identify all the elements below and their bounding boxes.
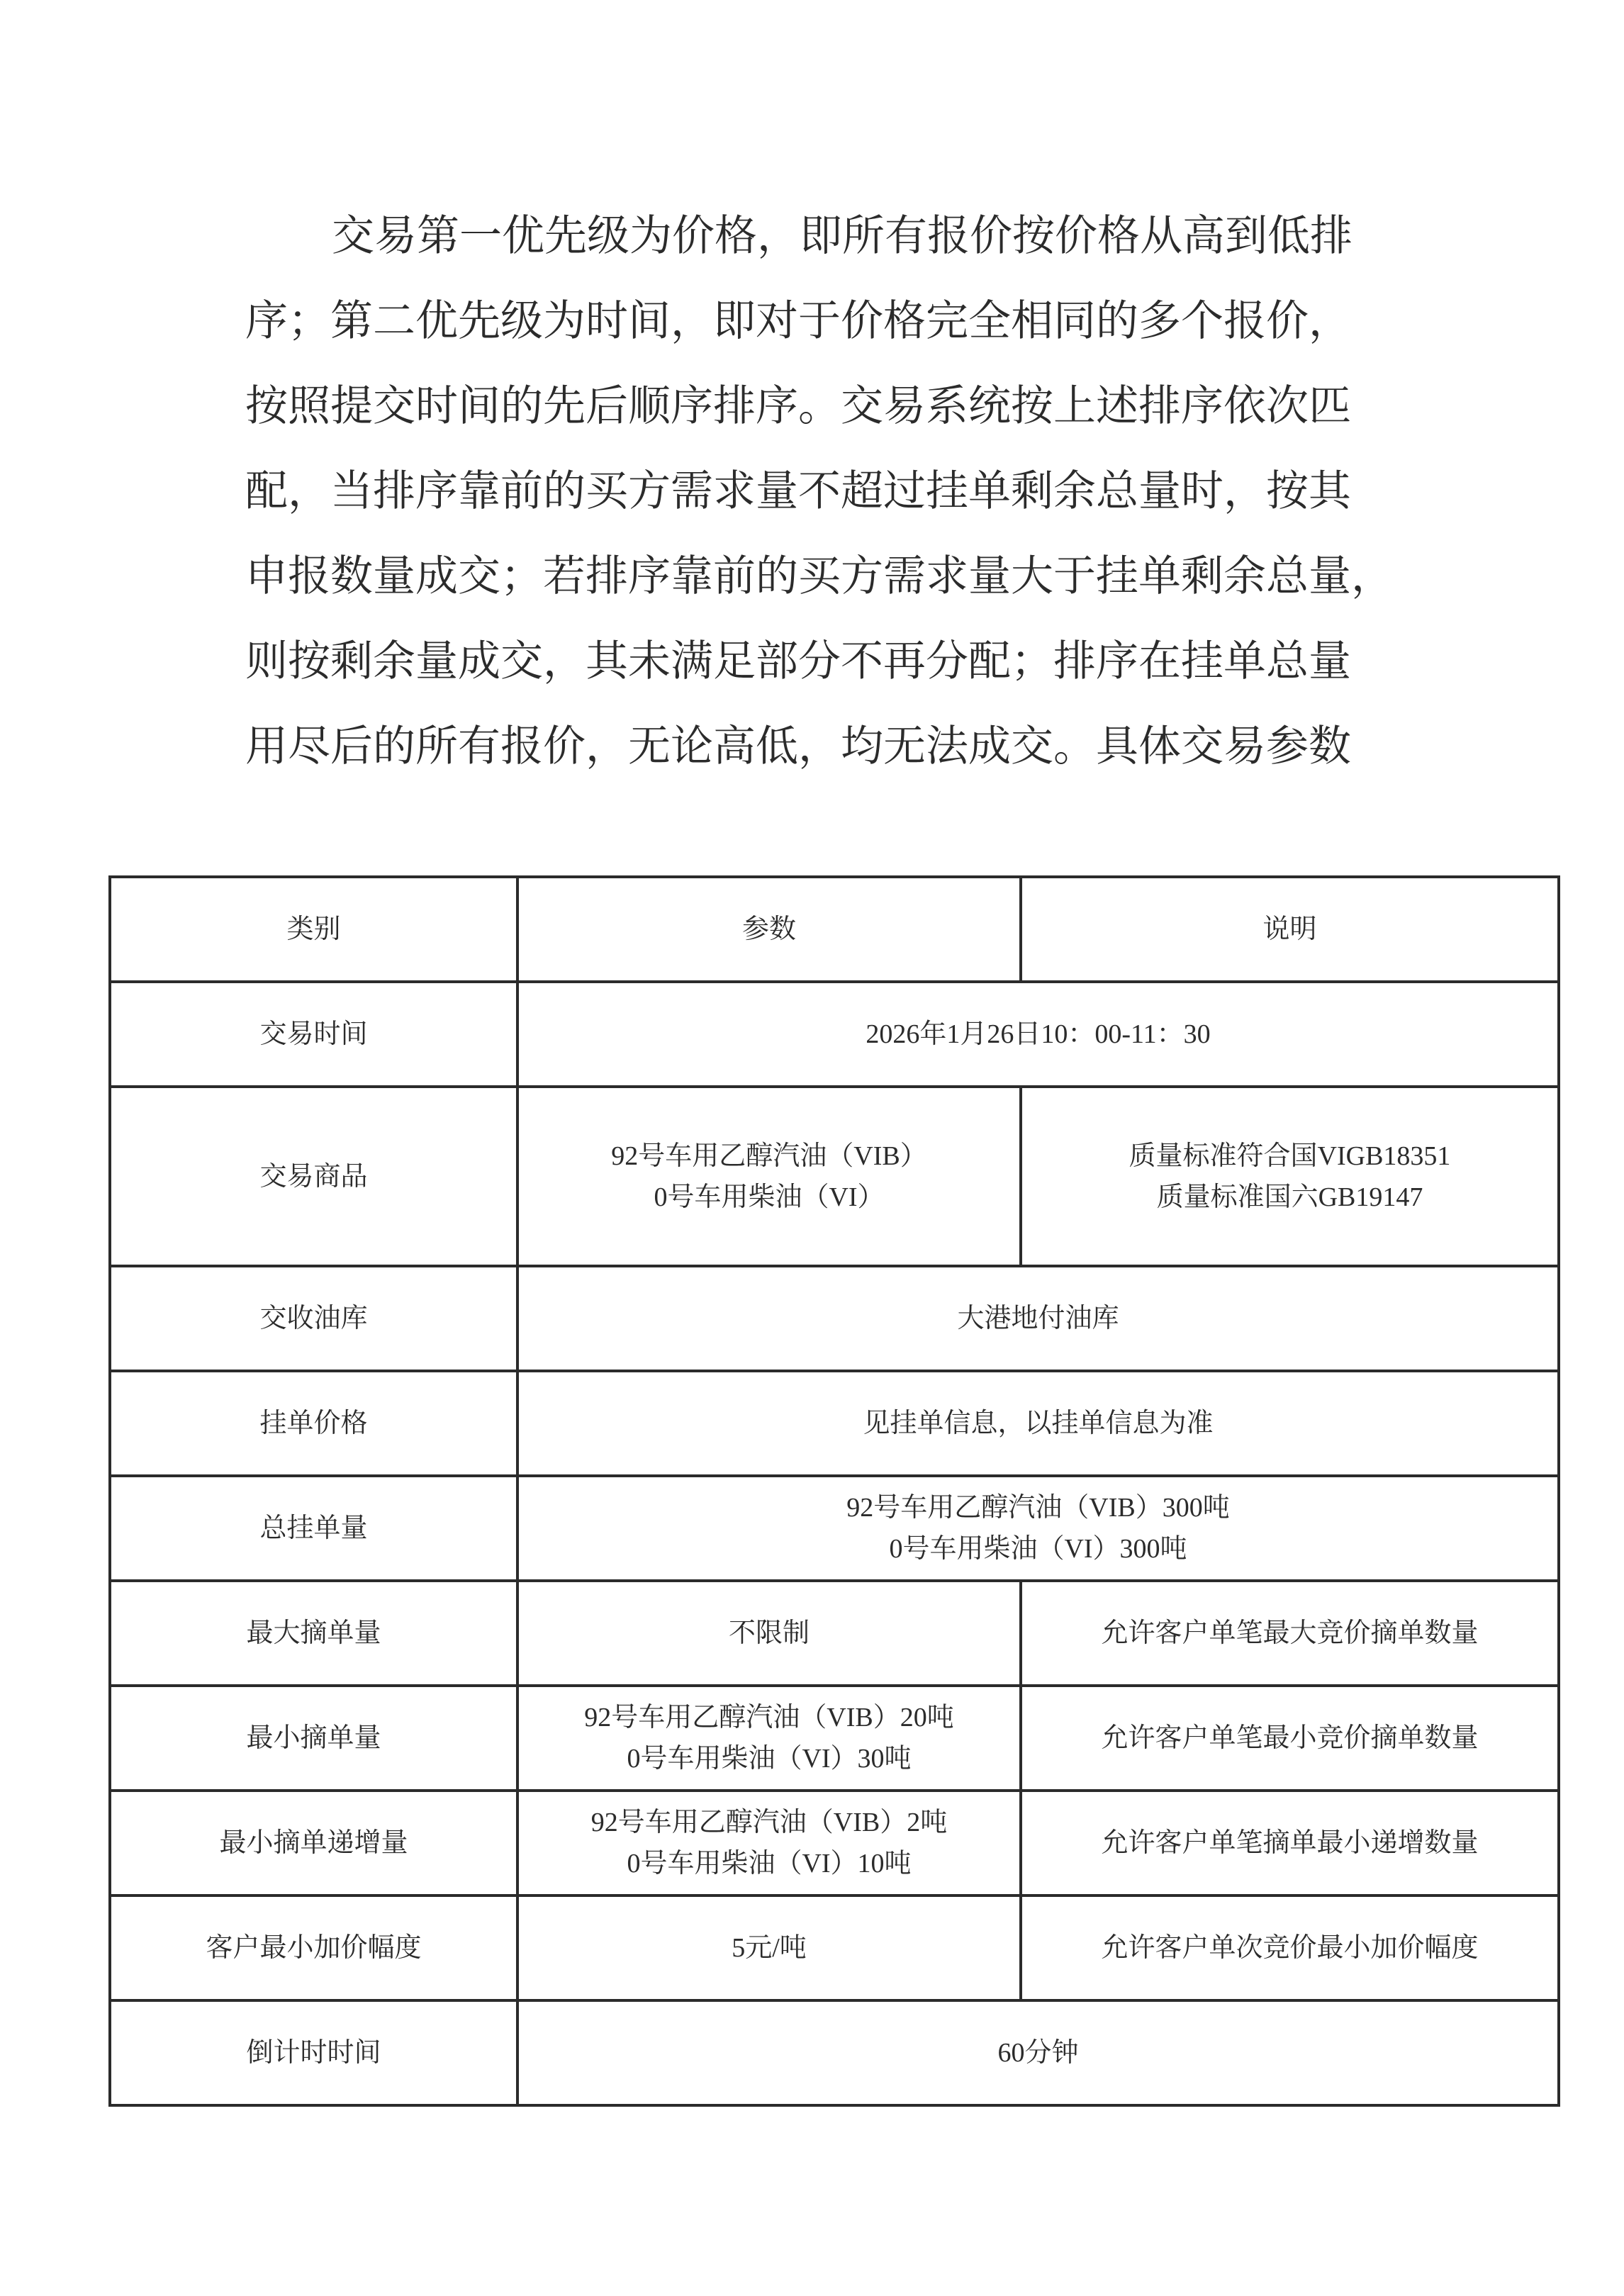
table-row: 总挂单量 92号车用乙醇汽油（VIB）300吨 0号车用柴油（VI）300吨 — [110, 1476, 1559, 1581]
table-row: 交易商品 92号车用乙醇汽油（VIB） 0号车用柴油（VI） 质量标准符合国VI… — [110, 1087, 1559, 1266]
table-header-row: 类别 参数 说明 — [110, 877, 1559, 982]
row-category: 交易时间 — [110, 982, 517, 1087]
cell-text: 允许客户单笔摘单最小递增数量 — [1022, 1822, 1557, 1864]
paragraph-line: 用尽后的所有报价，无论高低，均无法成交。具体交易参数 — [245, 704, 1379, 789]
table-row: 倒计时时间 60分钟 — [110, 2000, 1559, 2105]
row-parameter: 92号车用乙醇汽油（VIB） 0号车用柴油（VI） — [517, 1087, 1021, 1266]
cell-text: 允许客户单次竞价最小加价幅度 — [1022, 1927, 1557, 1969]
cell-text: 质量标准符合国VIGB18351 — [1022, 1136, 1557, 1177]
cell-text: 5元/吨 — [519, 1927, 1019, 1969]
trading-parameters-table: 类别 参数 说明 交易时间 2026年1月26日10：00-11：30 交易商品… — [108, 875, 1560, 2107]
header-parameter: 参数 — [517, 877, 1021, 982]
table-row: 最大摘单量 不限制 允许客户单笔最大竞价摘单数量 — [110, 1581, 1559, 1686]
row-parameter: 92号车用乙醇汽油（VIB）20吨 0号车用柴油（VI）30吨 — [517, 1686, 1021, 1791]
paragraph-line: 申报数量成交；若排序靠前的买方需求量大于挂单剩余总量， — [245, 534, 1379, 619]
table-row: 交易时间 2026年1月26日10：00-11：30 — [110, 982, 1559, 1087]
cell-text: 允许客户单笔最小竞价摘单数量 — [1022, 1718, 1557, 1759]
row-category: 最大摘单量 — [110, 1581, 517, 1686]
paragraph-line: 交易第一优先级为价格，即所有报价按价格从高到低排 — [245, 194, 1379, 279]
table-row: 最小摘单量 92号车用乙醇汽油（VIB）20吨 0号车用柴油（VI）30吨 允许… — [110, 1686, 1559, 1791]
row-parameter: 60分钟 — [517, 2000, 1559, 2105]
table-row: 挂单价格 见挂单信息，以挂单信息为准 — [110, 1371, 1559, 1476]
row-category: 挂单价格 — [110, 1371, 517, 1476]
cell-text: 2026年1月26日10：00-11：30 — [519, 1014, 1557, 1055]
row-parameter: 不限制 — [517, 1581, 1021, 1686]
row-category: 最小摘单递增量 — [110, 1791, 517, 1895]
cell-text: 92号车用乙醇汽油（VIB）300吨 — [519, 1487, 1557, 1528]
cell-text: 92号车用乙醇汽油（VIB）2吨 — [519, 1802, 1019, 1843]
document-page: 交易第一优先级为价格，即所有报价按价格从高到低排 序；第二优先级为时间，即对于价… — [0, 0, 1624, 2296]
cell-text: 质量标准国六GB19147 — [1022, 1177, 1557, 1218]
row-category: 倒计时时间 — [110, 2000, 517, 2105]
cell-text: 0号车用柴油（VI）10吨 — [519, 1843, 1019, 1884]
paragraph-line: 序；第二优先级为时间，即对于价格完全相同的多个报价， — [245, 279, 1379, 364]
cell-text: 见挂单信息，以挂单信息为准 — [519, 1403, 1557, 1444]
row-description: 允许客户单笔摘单最小递增数量 — [1021, 1791, 1559, 1895]
cell-text: 不限制 — [519, 1613, 1019, 1654]
body-paragraph: 交易第一优先级为价格，即所有报价按价格从高到低排 序；第二优先级为时间，即对于价… — [245, 194, 1379, 789]
row-parameter: 大港地付油库 — [517, 1266, 1559, 1371]
row-parameter: 5元/吨 — [517, 1895, 1021, 2000]
header-category: 类别 — [110, 877, 517, 982]
paragraph-line: 按照提交时间的先后顺序排序。交易系统按上述排序依次匹 — [245, 364, 1379, 449]
cell-text: 允许客户单笔最大竞价摘单数量 — [1022, 1613, 1557, 1654]
cell-text: 92号车用乙醇汽油（VIB） — [519, 1136, 1019, 1177]
row-category: 交收油库 — [110, 1266, 517, 1371]
row-description: 允许客户单笔最大竞价摘单数量 — [1021, 1581, 1559, 1686]
cell-text: 0号车用柴油（VI）300吨 — [519, 1528, 1557, 1569]
cell-text: 0号车用柴油（VI） — [519, 1177, 1019, 1218]
row-description: 质量标准符合国VIGB18351 质量标准国六GB19147 — [1021, 1087, 1559, 1266]
cell-text: 0号车用柴油（VI）30吨 — [519, 1738, 1019, 1779]
row-parameter: 见挂单信息，以挂单信息为准 — [517, 1371, 1559, 1476]
row-parameter: 92号车用乙醇汽油（VIB）2吨 0号车用柴油（VI）10吨 — [517, 1791, 1021, 1895]
table-row: 客户最小加价幅度 5元/吨 允许客户单次竞价最小加价幅度 — [110, 1895, 1559, 2000]
cell-text: 大港地付油库 — [519, 1298, 1557, 1339]
row-category: 总挂单量 — [110, 1476, 517, 1581]
header-description: 说明 — [1021, 877, 1559, 982]
table-row: 交收油库 大港地付油库 — [110, 1266, 1559, 1371]
row-category: 交易商品 — [110, 1087, 517, 1266]
row-description: 允许客户单笔最小竞价摘单数量 — [1021, 1686, 1559, 1791]
paragraph-line: 则按剩余量成交，其未满足部分不再分配；排序在挂单总量 — [245, 619, 1379, 704]
row-category: 客户最小加价幅度 — [110, 1895, 517, 2000]
paragraph-line: 配，当排序靠前的买方需求量不超过挂单剩余总量时，按其 — [245, 449, 1379, 534]
row-description: 允许客户单次竞价最小加价幅度 — [1021, 1895, 1559, 2000]
row-category: 最小摘单量 — [110, 1686, 517, 1791]
cell-text: 60分钟 — [519, 2032, 1557, 2073]
cell-text: 92号车用乙醇汽油（VIB）20吨 — [519, 1697, 1019, 1738]
row-parameter: 92号车用乙醇汽油（VIB）300吨 0号车用柴油（VI）300吨 — [517, 1476, 1559, 1581]
table-row: 最小摘单递增量 92号车用乙醇汽油（VIB）2吨 0号车用柴油（VI）10吨 允… — [110, 1791, 1559, 1895]
row-parameter: 2026年1月26日10：00-11：30 — [517, 982, 1559, 1087]
